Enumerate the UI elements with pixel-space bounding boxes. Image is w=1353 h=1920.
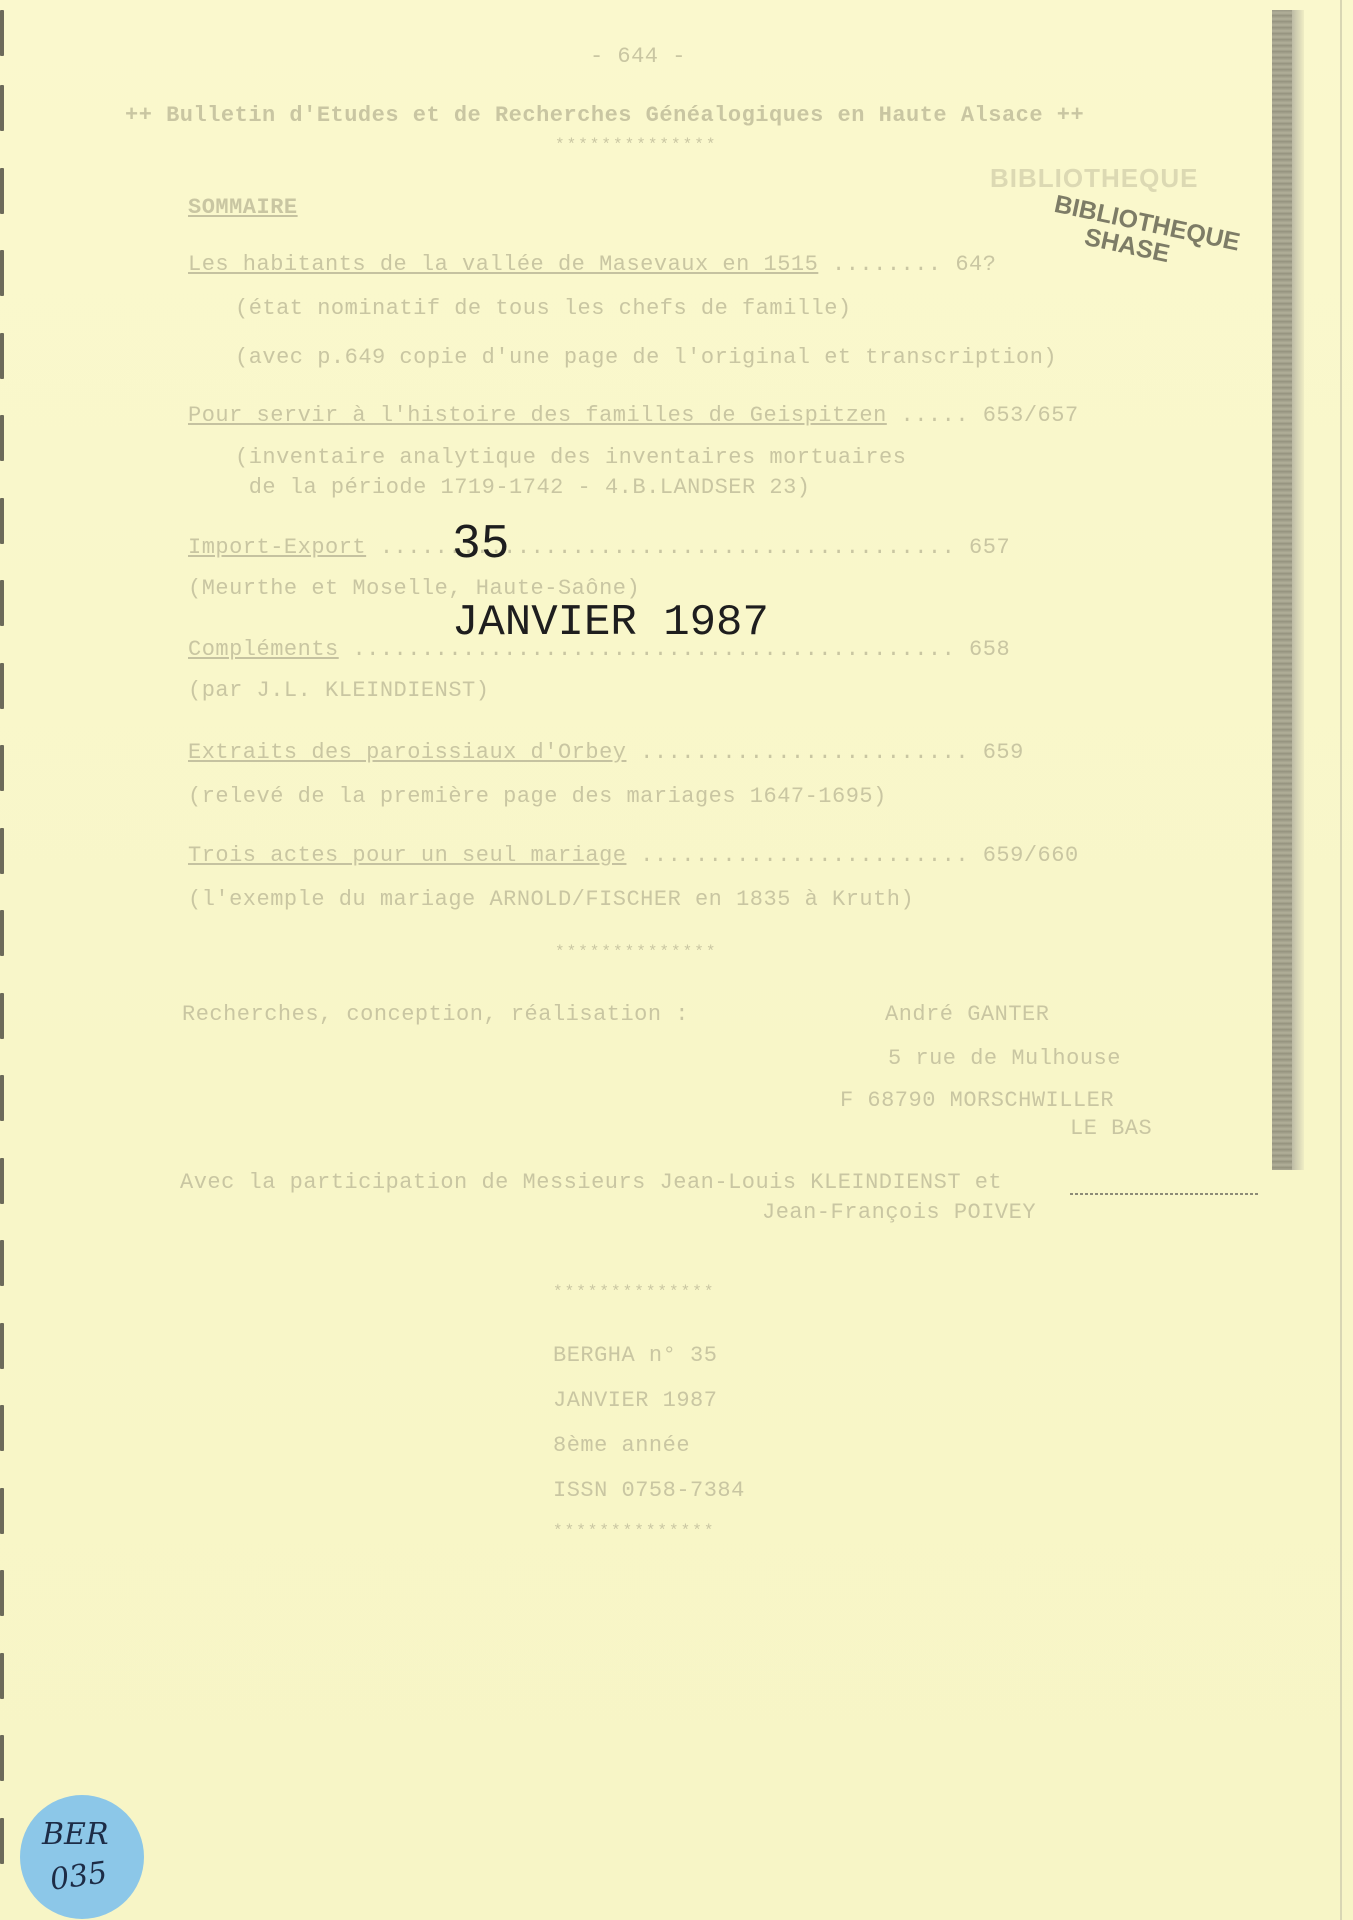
issue-date: JANVIER 1987 (452, 598, 769, 648)
toc-item-leader: ........ (832, 252, 942, 277)
colophon-year: 8ème année (553, 1433, 690, 1458)
toc-item-title: Pour servir à l'histoire des familles de… (188, 403, 887, 428)
toc-item-title: Trois actes pour un seul mariage (188, 843, 626, 868)
credits-participation-name: Jean-François POIVEY (762, 1200, 1036, 1225)
ghost-stamp: BIBLIOTHEQUE (990, 163, 1198, 194)
toc-heading: SOMMAIRE (188, 195, 298, 220)
colophon-issn: ISSN 0758-7384 (553, 1478, 745, 1503)
toc-item-leader: ........................ (640, 843, 969, 868)
toc-item-note: (état nominatif de tous les chefs de fam… (235, 296, 852, 321)
stray-mark (1070, 1193, 1260, 1195)
sticker-number: 035 (48, 1855, 110, 1898)
toc-item-note: (inventaire analytique des inventaires m… (235, 445, 906, 470)
bulletin-title: ++ Bulletin d'Etudes et de Recherches Gé… (125, 103, 1084, 128)
colophon-separator-bottom: ************** (553, 1522, 715, 1540)
toc-item-note: (l'exemple du mariage ARNOLD/FISCHER en … (188, 887, 914, 912)
spiral-binding-shadow (1272, 10, 1292, 1170)
toc-item-page: 64? (955, 252, 996, 277)
header-separator: ************** (555, 136, 717, 154)
binding-edge (1292, 10, 1304, 1170)
library-stamp: BIBLIOTHEQUE SHASE (1047, 191, 1243, 281)
toc-item-page: 659/660 (983, 843, 1079, 868)
credits-participation: Avec la participation de Messieurs Jean-… (180, 1170, 1002, 1195)
colophon-separator-top: ************** (553, 1283, 715, 1301)
credits-address-street: 5 rue de Mulhouse (888, 1046, 1121, 1071)
toc-item-note: de la période 1719-1742 - 4.B.LANDSER 23… (235, 475, 811, 500)
page-number: - 644 - (590, 44, 686, 69)
catalog-sticker: BER 035 (20, 1795, 144, 1919)
toc-item-page: 659 (983, 740, 1024, 765)
toc-item-note: (par J.L. KLEINDIENST) (188, 678, 489, 703)
page-edge (1340, 0, 1342, 1920)
colophon-date: JANVIER 1987 (553, 1388, 717, 1413)
toc-item-page: 657 (969, 535, 1010, 560)
toc-item-title: Extraits des paroissiaux d'Orbey (188, 740, 626, 765)
credits-address-city: F 68790 MORSCHWILLER (840, 1088, 1114, 1113)
toc-item-title: Compléments (188, 637, 339, 662)
toc-item-leader: ........................ (640, 740, 969, 765)
toc-item-leader: ..... (901, 403, 970, 428)
toc-item-note: (avec p.649 copie d'une page de l'origin… (235, 345, 1057, 370)
colophon-issue: BERGHA n° 35 (553, 1343, 717, 1368)
credits-label: Recherches, conception, réalisation : (182, 1002, 689, 1027)
toc-item-page: 653/657 (983, 403, 1079, 428)
toc-item-title: Import-Export (188, 535, 366, 560)
credits-author: André GANTER (885, 1002, 1049, 1027)
toc-item-page: 658 (969, 637, 1010, 662)
scanned-page: - 644 - ++ Bulletin d'Etudes et de Reche… (0, 0, 1353, 1920)
credits-address-city2: LE BAS (1070, 1116, 1152, 1141)
issue-number: 35 (452, 518, 510, 572)
sticker-code: BER (42, 1817, 109, 1852)
toc-item-note: (relevé de la première page des mariages… (188, 784, 887, 809)
toc-item-title: Les habitants de la vallée de Masevaux e… (188, 252, 818, 277)
credits-separator: ************** (555, 943, 717, 961)
